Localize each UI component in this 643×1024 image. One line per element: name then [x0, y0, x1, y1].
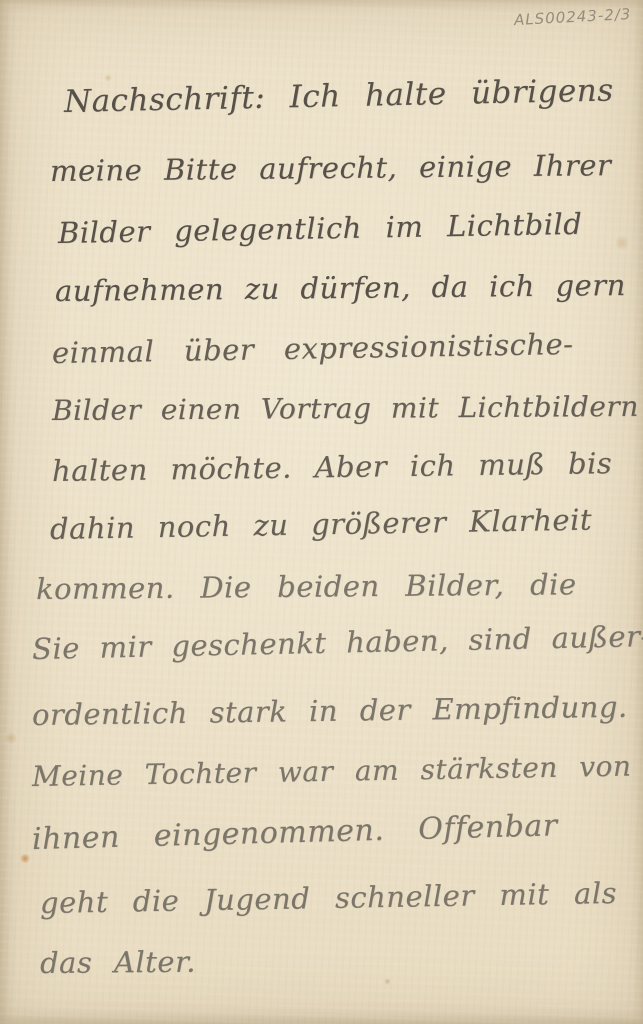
handwritten-line: ihnen eingenommen. Offenbar [32, 808, 558, 857]
handwritten-line: halten möchte. Aber ich muß bis [52, 446, 613, 488]
handwritten-line: Bilder einen Vortrag mit Lichtbildern [52, 390, 639, 427]
foxing-spot [104, 74, 112, 82]
handwritten-line: das Alter. [40, 945, 196, 980]
handwritten-line: meine Bitte aufrecht, einige Ihrer [50, 148, 612, 188]
handwritten-line: Meine Tochter war am stärksten von [32, 750, 632, 793]
handwritten-line: geht die Jugend schneller mit als [40, 876, 618, 920]
handwritten-line: ordentlich stark in der Empfindung. [32, 690, 628, 732]
handwritten-line: Nachschrift: Ich halte übrigens [64, 72, 614, 120]
handwritten-line: Bilder gelegentlich im Lichtbild [58, 207, 583, 250]
letter-page: ALS00243-2/3 Nachschrift: Ich halte übri… [0, 0, 643, 1024]
handwritten-line: einmal über expressionistische- [52, 327, 574, 370]
foxing-spot [384, 978, 391, 985]
handwritten-line: Sie mir geschenkt haben, sind außer- [32, 619, 643, 666]
handwritten-line: dahin noch zu größerer Klarheit [50, 503, 593, 546]
handwritten-line: aufnehmen zu dürfen, da ich gern [55, 268, 626, 308]
foxing-spot [20, 854, 30, 863]
archive-number: ALS00243-2/3 [513, 5, 631, 29]
foxing-spot [614, 236, 630, 250]
foxing-spot [4, 732, 18, 744]
handwritten-line: kommen. Die beiden Bilder, die [36, 567, 577, 606]
